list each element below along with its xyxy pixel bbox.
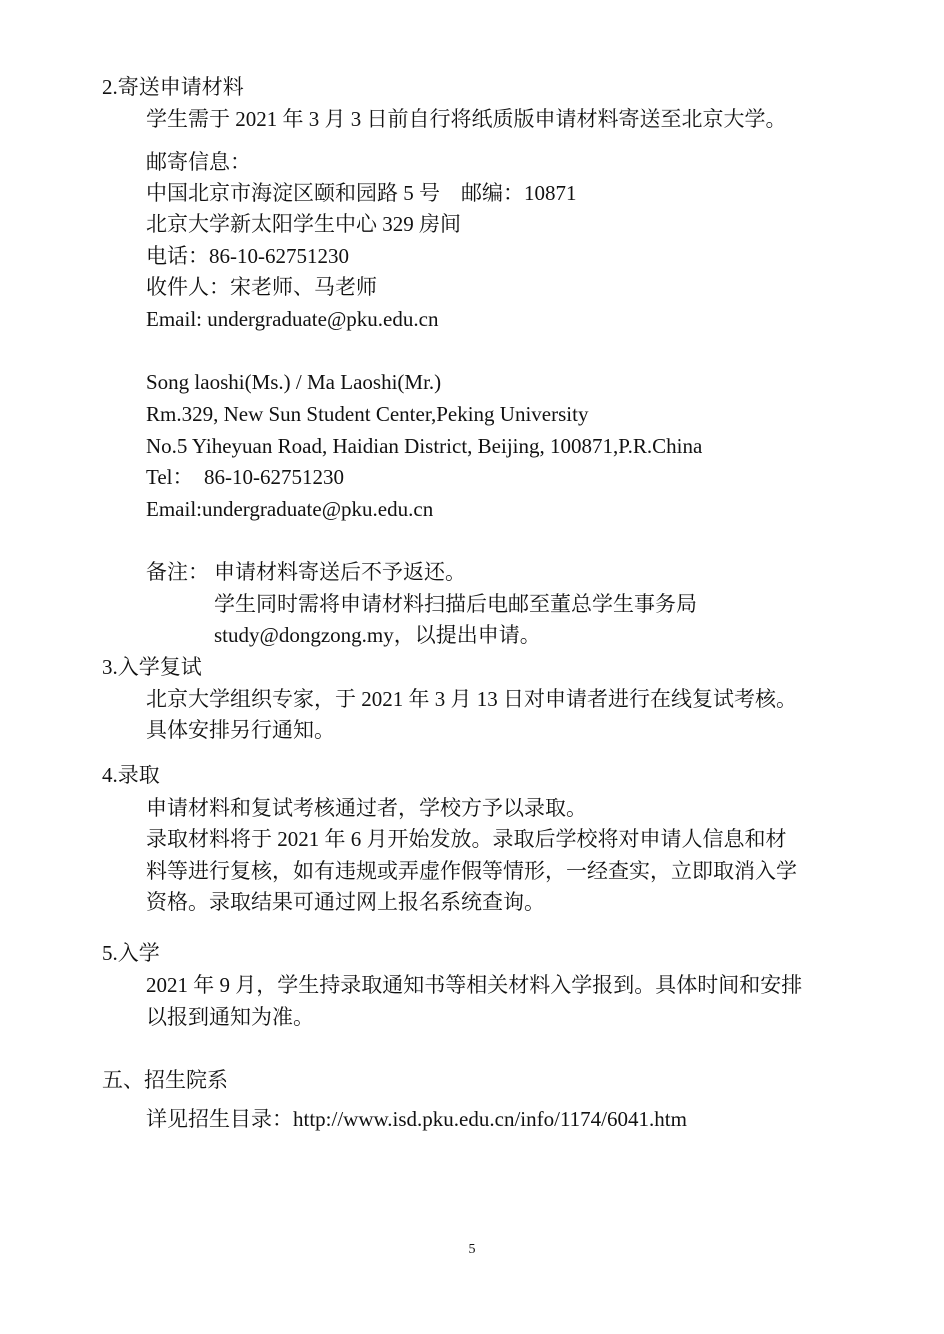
- reexam-line-2: 具体安排另行通知。: [146, 715, 335, 745]
- section-heading-send-materials: 2.寄送申请材料: [102, 72, 244, 102]
- address-cn: 中国北京市海淀区颐和园路 5 号 邮编：10871: [146, 178, 577, 208]
- note-label: 备注：: [146, 557, 209, 587]
- enrollment-line-2: 以报到通知为准。: [146, 1002, 314, 1032]
- mailing-info-label: 邮寄信息：: [146, 147, 251, 177]
- page-number: 5: [0, 1240, 944, 1260]
- note-line-3: study@dongzong.my，以提出申请。: [214, 620, 541, 650]
- reexam-line-1: 北京大学组织专家，于 2021 年 3 月 13 日对申请者进行在线复试考核。: [146, 684, 797, 714]
- note-line-1: 申请材料寄送后不予返还。: [214, 557, 466, 587]
- phone-cn: 电话：86-10-62751230: [146, 241, 349, 271]
- admission-line-1: 申请材料和复试考核通过者，学校方予以录取。: [146, 793, 587, 823]
- phone-en: Tel： 86-10-62751230: [146, 462, 344, 492]
- section-heading-admission: 4.录取: [102, 760, 160, 790]
- catalog-url-link[interactable]: http://www.isd.pku.edu.cn/info/1174/6041…: [293, 1107, 687, 1131]
- recipient-en: Song laoshi(Ms.) / Ma Laoshi(Mr.): [146, 367, 441, 397]
- enrollment-line-1: 2021 年 9 月，学生持录取通知书等相关材料入学报到。具体时间和安排: [146, 970, 802, 1000]
- admission-line-3: 料等进行复核，如有违规或弄虚作假等情形，一经查实，立即取消入学: [146, 856, 797, 886]
- catalog-label: 详见招生目录：: [146, 1107, 293, 1131]
- note-line-2: 学生同时需将申请材料扫描后电邮至董总学生事务局: [214, 589, 697, 619]
- office-cn: 北京大学新太阳学生中心 329 房间: [146, 209, 461, 239]
- catalog-line: 详见招生目录：http://www.isd.pku.edu.cn/info/11…: [146, 1104, 687, 1134]
- address-en: No.5 Yiheyuan Road, Haidian District, Be…: [146, 431, 702, 461]
- admission-line-2: 录取材料将于 2021 年 6 月开始发放。录取后学校将对申请人信息和材: [146, 824, 787, 854]
- admission-line-4: 资格。录取结果可通过网上报名系统查询。: [146, 887, 545, 917]
- send-deadline-text: 学生需于 2021 年 3 月 3 日前自行将纸质版申请材料寄送至北京大学。: [146, 104, 787, 134]
- section-heading-reexam: 3.入学复试: [102, 652, 202, 682]
- section-heading-enrollment: 5.入学: [102, 938, 160, 968]
- part-heading-departments: 五、招生院系: [102, 1065, 228, 1095]
- email-en: Email:undergraduate@pku.edu.cn: [146, 494, 433, 524]
- recipient-cn: 收件人：宋老师、马老师: [146, 272, 377, 302]
- office-en: Rm.329, New Sun Student Center,Peking Un…: [146, 399, 588, 429]
- email-cn: Email: undergraduate@pku.edu.cn: [146, 304, 438, 334]
